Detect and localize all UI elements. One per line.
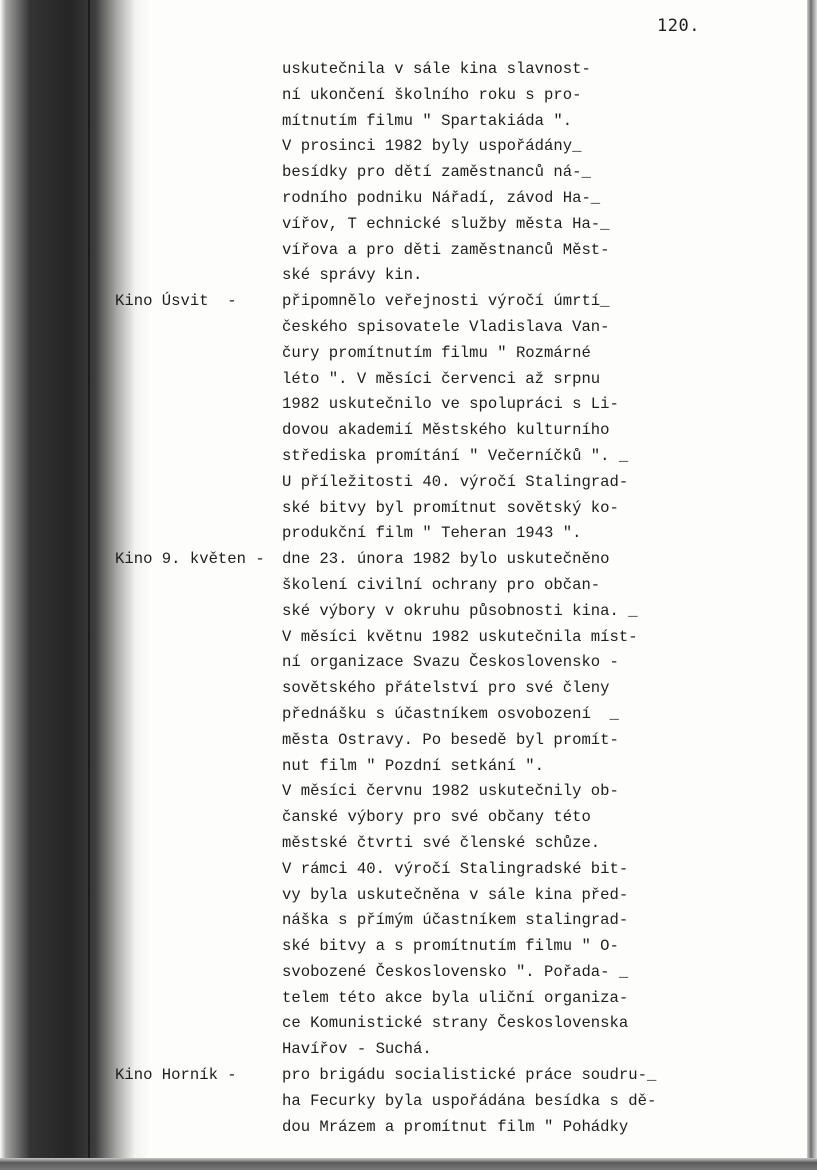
page-number: 120. <box>657 16 700 36</box>
line-text: školení civilní ochrany pro občan- <box>282 573 600 599</box>
line-text: ské správy kin. <box>282 263 422 289</box>
line-text: ní ukončení školního roku s pro- <box>282 83 581 109</box>
line-text: V měsíci květnu 1982 uskutečnila míst- <box>282 625 638 651</box>
line-text: střediska promítání " Večerníčků ". _ <box>282 444 628 470</box>
page-right-edge <box>807 0 817 1160</box>
binding-shadow <box>0 0 150 1160</box>
line-text: sovětského přátelství pro své členy <box>282 676 610 702</box>
line-text: V rámci 40. výročí Stalingradské bit- <box>282 857 628 883</box>
line-text: produkční film " Teheran 1943 ". <box>282 521 581 547</box>
line-text: mítnutím filmu " Spartakiáda ". <box>282 109 572 135</box>
line-text: ské bitvy byl promítnut sovětský ko- <box>282 496 619 522</box>
line-text: V prosinci 1982 byly uspořádány_ <box>282 134 581 160</box>
page-bottom-edge <box>0 1158 817 1170</box>
line-text: svobozené Československo ". Pořada- _ <box>282 960 628 986</box>
line-text: U příležitosti 40. výročí Stalingrad- <box>282 470 628 496</box>
line-text: ha Fecurky byla uspořádána besídka s dě- <box>282 1089 656 1115</box>
line-text: připomnělo veřejnosti výročí úmrtí_ <box>282 289 610 315</box>
line-text: vířova a pro děti zaměstnanců Měst- <box>282 238 610 264</box>
line-text: ce Komunistické strany Československa <box>282 1011 628 1037</box>
line-text: dne 23. února 1982 bylo uskutečněno <box>282 547 610 573</box>
line-text: uskutečnila v sále kina slavnost- <box>282 57 591 83</box>
line-text: 1982 uskutečnilo ve spolupráci s Li- <box>282 392 619 418</box>
line-text: rodního podniku Nářadí, závod Ha-_ <box>282 186 600 212</box>
section-label: Kino Úsvit - <box>115 289 237 315</box>
line-text: dou Mrázem a promítnut film " Pohádky <box>282 1115 628 1141</box>
line-text: Havířov - Suchá. <box>282 1037 432 1063</box>
line-text: přednášku s účastníkem osvobození _ <box>282 702 619 728</box>
line-text: nut film " Pozdní setkání ". <box>282 754 544 780</box>
line-text: pro brigádu socialistické práce soudru-_ <box>282 1063 656 1089</box>
line-text: dovou akademií Městského kulturního <box>282 418 610 444</box>
line-text: čury promítnutím filmu " Rozmárné <box>282 341 591 367</box>
line-text: V měsíci červnu 1982 uskutečnily ob- <box>282 779 619 805</box>
line-text: vířov, T echnické služby města Ha-_ <box>282 212 610 238</box>
line-text: českého spisovatele Vladislava Van- <box>282 315 610 341</box>
scanned-page: 120. uskutečnila v sále kina slavnost-ní… <box>0 0 817 1170</box>
line-text: vy byla uskutečněna v sále kina před- <box>282 883 628 909</box>
line-text: městské čtvrti své členské schůze. <box>282 831 600 857</box>
line-text: léto ". V měsíci červenci až srpnu <box>282 367 600 393</box>
line-text: ské bitvy a s promítnutím filmu " O- <box>282 934 619 960</box>
line-text: ské výbory v okruhu působnosti kina. _ <box>282 599 638 625</box>
line-text: ní organizace Svazu Československo - <box>282 650 619 676</box>
binding-crease <box>88 0 90 1160</box>
line-text: města Ostravy. Po besedě byl promít- <box>282 728 619 754</box>
line-text: čanské výbory pro své občany této <box>282 805 591 831</box>
line-text: telem této akce byla uliční organiza- <box>282 986 628 1012</box>
line-text: náška s přímým účastníkem stalingrad- <box>282 908 628 934</box>
section-label: Kino Horník - <box>115 1063 237 1089</box>
section-label: Kino 9. květen - <box>115 547 265 573</box>
line-text: besídky pro dětí zaměstnanců ná-_ <box>282 160 591 186</box>
